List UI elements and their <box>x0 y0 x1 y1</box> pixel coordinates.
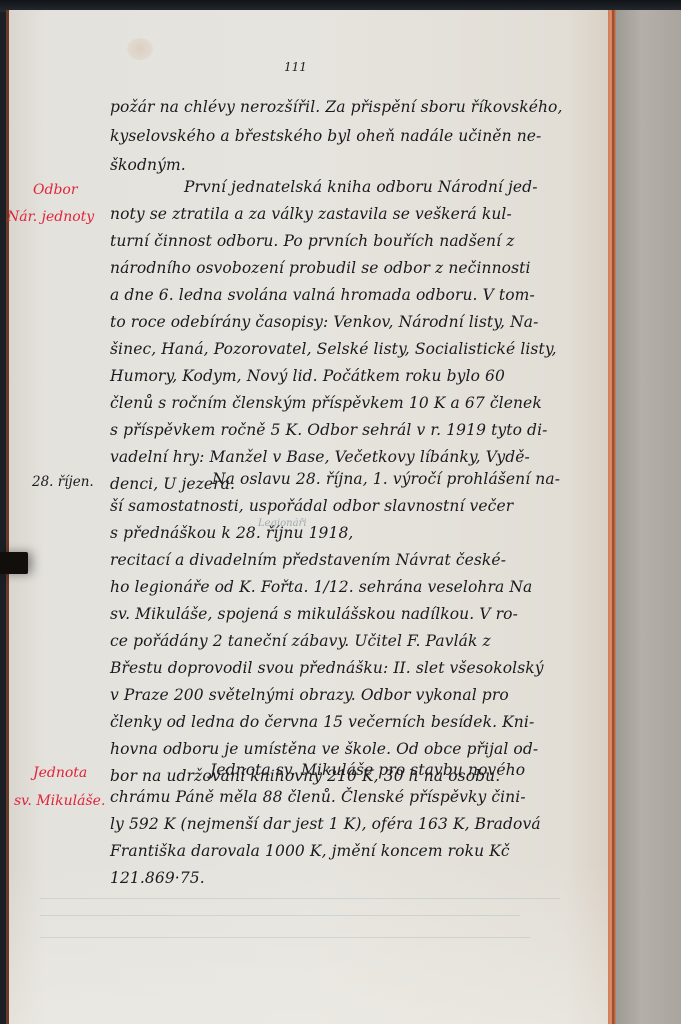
text-line: Humory, Kodym, Nový lid. Počátkem roku b… <box>110 367 505 385</box>
text-line: národního osvobození probudil se odbor z… <box>110 259 531 277</box>
text-line: s přednáškou k 28. říjnu 1918, <box>110 524 353 542</box>
text-line: noty se ztratila a za války zastavila se… <box>110 205 512 223</box>
text-line: členů s ročním členským příspěvkem 10 K … <box>110 394 542 412</box>
text-line: První jednatelská kniha odboru Národní j… <box>184 178 538 196</box>
text-line: turní činnost odboru. Po prvních bouřích… <box>110 232 514 250</box>
text-line: kyselovského a břestského byl oheň nadál… <box>110 127 541 145</box>
text-line: Na oslavu 28. října, 1. výročí prohlášen… <box>212 470 560 488</box>
text-line: Františka darovala 1000 K, jmění koncem … <box>110 842 510 860</box>
text-line: v Praze 200 světelnými obrazy. Odbor vyk… <box>110 686 509 704</box>
text-line: ce pořádány 2 taneční zábavy. Učitel F. … <box>110 632 491 650</box>
margin-note-odbor-2: Nár. jednoty <box>7 209 94 225</box>
bleed-through-line <box>40 915 520 916</box>
page-gilt-edge <box>608 10 616 1024</box>
text-line: ly 592 K (nejmenší dar jest 1 K), oféra … <box>110 815 541 833</box>
text-line: požár na chlévy nerozšířil. Za přispění … <box>110 98 563 116</box>
text-line: s příspěvkem ročně 5 K. Odbor sehrál v r… <box>110 421 547 439</box>
page-number: 111 <box>284 60 307 74</box>
text-line: členky od ledna do června 15 večerních b… <box>110 713 534 731</box>
margin-note-date: 28. říjen. <box>32 474 94 490</box>
text-line: hovna odboru je umístěna ve škole. Od ob… <box>110 740 538 758</box>
text-line: sv. Mikuláše, spojená s mikulášskou nadí… <box>110 605 518 623</box>
text-line: šinec, Haná, Pozorovatel, Selské listy, … <box>110 340 557 358</box>
text-line: recitací a divadelním představením Návra… <box>110 551 506 569</box>
text-line: Jednota sv. Mikuláše pro stavbu nového <box>210 761 525 779</box>
paper-stain <box>127 38 153 60</box>
text-line: škodným. <box>110 156 186 174</box>
bleed-through-line <box>40 898 560 899</box>
adjacent-page <box>616 10 681 1024</box>
text-line: a dne 6. ledna svolána valná hromada odb… <box>110 286 535 304</box>
manuscript-page <box>6 10 613 1024</box>
text-line: chrámu Páně měla 88 členů. Členské přísp… <box>110 788 526 806</box>
bleed-through-line <box>40 937 530 938</box>
text-line: ší samostatnosti, uspořádal odbor slavno… <box>110 497 513 515</box>
margin-note-jednota-2: sv. Mikuláše. <box>14 793 105 809</box>
margin-note-jednota-1: Jednota <box>33 765 87 781</box>
text-line: to roce odebírány časopisy: Venkov, Náro… <box>110 313 538 331</box>
margin-note-odbor-1: Odbor <box>33 182 78 198</box>
page-clip <box>0 552 28 574</box>
text-line: ho legionáře od K. Fořta. 1/12. sehrána … <box>110 578 532 596</box>
text-line: vadelní hry: Manžel v Base, Večetkovy lí… <box>110 448 530 466</box>
text-line: 121.869·75. <box>110 869 205 887</box>
text-line: Břestu doprovodil svou přednášku: II. sl… <box>110 659 544 677</box>
